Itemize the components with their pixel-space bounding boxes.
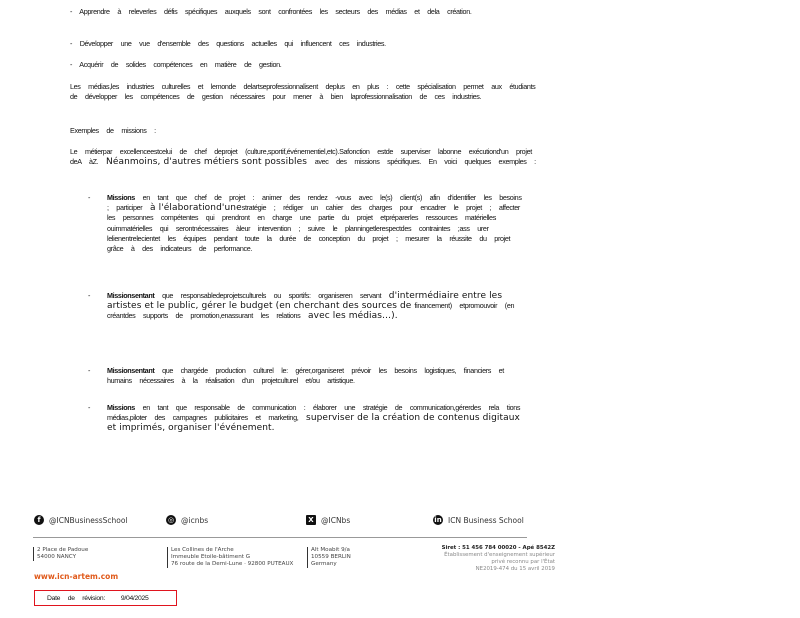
social-x[interactable]: X @ICNbs [306,515,350,525]
address-line: 10559 BERLIN [311,554,351,561]
mission-text: Missionsentant que responsabledeprojetsc… [107,291,528,322]
mission-segment: que responsabledeprojetsculturels ou spo… [154,291,388,300]
facebook-icon: f [34,515,44,525]
objective-3: - Acquérir de solides compétences en mat… [70,60,540,70]
footer-divider [33,537,527,538]
legal-siret: Siret : 51 456 784 00020 - Apé 8542Z [442,545,555,552]
address-line: 76 route de la Demi-Lune · 92800 PUTEAUX [171,561,293,568]
mission-segment: que chargéde production culturel le: gér… [107,366,504,385]
mission-segment: à l'élaborationd'une [150,203,242,213]
social-facebook[interactable]: f @ICNBusinessSchool [34,515,128,525]
mission-text: Missions en tant que chef de projet : an… [107,193,528,254]
social-x-label: @ICNbs [321,516,350,525]
social-instagram-label: @icnbs [181,516,208,525]
chef-de-projet-paragraph: Le métierpar excellenceestcelui de chef … [70,147,540,167]
address-line: 54000 NANCY [37,554,88,561]
x-icon: X [306,515,316,525]
legal-line: NE2019-474 du 15 avril 2019 [442,566,555,573]
legal-info: Siret : 51 456 784 00020 - Apé 8542Z Éta… [442,545,555,573]
chef-paragraph-wide-text: Néanmoins, d'autres métiers sont possibl… [106,157,307,167]
mission-lead: Missions [107,403,135,412]
legal-line: privé reconnu par l'État [442,559,555,566]
social-instagram[interactable]: ◎ @icnbs [166,515,208,525]
mission-item: -Missionsentant que chargéde production … [88,366,528,386]
intro-paragraph: Les médias,les industries culturelles et… [70,82,540,102]
mission-item: -Missionsentant que responsabledeprojets… [88,291,528,322]
instagram-icon: ◎ [166,515,176,525]
address-puteaux: Les Collines de l'Arche Immeuble Etoile-… [167,547,293,568]
address-line: Immeuble Etoile-bâtiment G [171,554,293,561]
objective-1: - Apprendre à releverles défis spécifiqu… [70,7,540,17]
mission-text: Missions en tant que responsable de comm… [107,403,528,434]
mission-lead: Missionsentant [107,366,154,375]
address-nancy: 2 Place de Padoue 54000 NANCY [33,547,88,561]
bullet-dash: - [88,291,90,301]
mission-text: Missionsentant que chargéde production c… [107,366,528,386]
revision-date-box: Date de révision: 9/04/2025 [34,590,177,606]
bullet-dash: - [88,403,90,413]
social-linkedin[interactable]: in ICN Business School [433,515,524,525]
mission-lead: Missions [107,193,135,202]
bullet-dash: - [88,366,90,376]
address-line: Alt Moabit 9/a [311,547,351,554]
address-line: Germany [311,561,351,568]
mission-lead: Missionsentant [107,291,154,300]
objective-2: - Développer une vue d'ensemble des ques… [70,39,540,49]
revision-label: Date de révision: [47,595,105,602]
mission-item: -Missions en tant que chef de projet : a… [88,193,528,254]
examples-heading: Exemples de missions : [70,126,540,136]
linkedin-icon: in [433,515,443,525]
website-link[interactable]: www.icn-artem.com [34,572,118,581]
mission-item: -Missions en tant que responsable de com… [88,403,528,434]
mission-segment: avec les médias…). [308,311,398,321]
address-line: 2 Place de Padoue [37,547,88,554]
social-linkedin-label: ICN Business School [448,516,524,525]
address-line: Les Collines de l'Arche [171,547,293,554]
social-facebook-label: @ICNBusinessSchool [49,516,128,525]
legal-line: Établissement d'enseignement supérieur [442,552,555,559]
chef-paragraph-tail: avec des missions spécifiques. En voici … [315,157,536,166]
bullet-dash: - [88,193,90,203]
revision-date: 9/04/2025 [121,595,149,602]
address-berlin: Alt Moabit 9/a 10559 BERLIN Germany [307,547,351,568]
